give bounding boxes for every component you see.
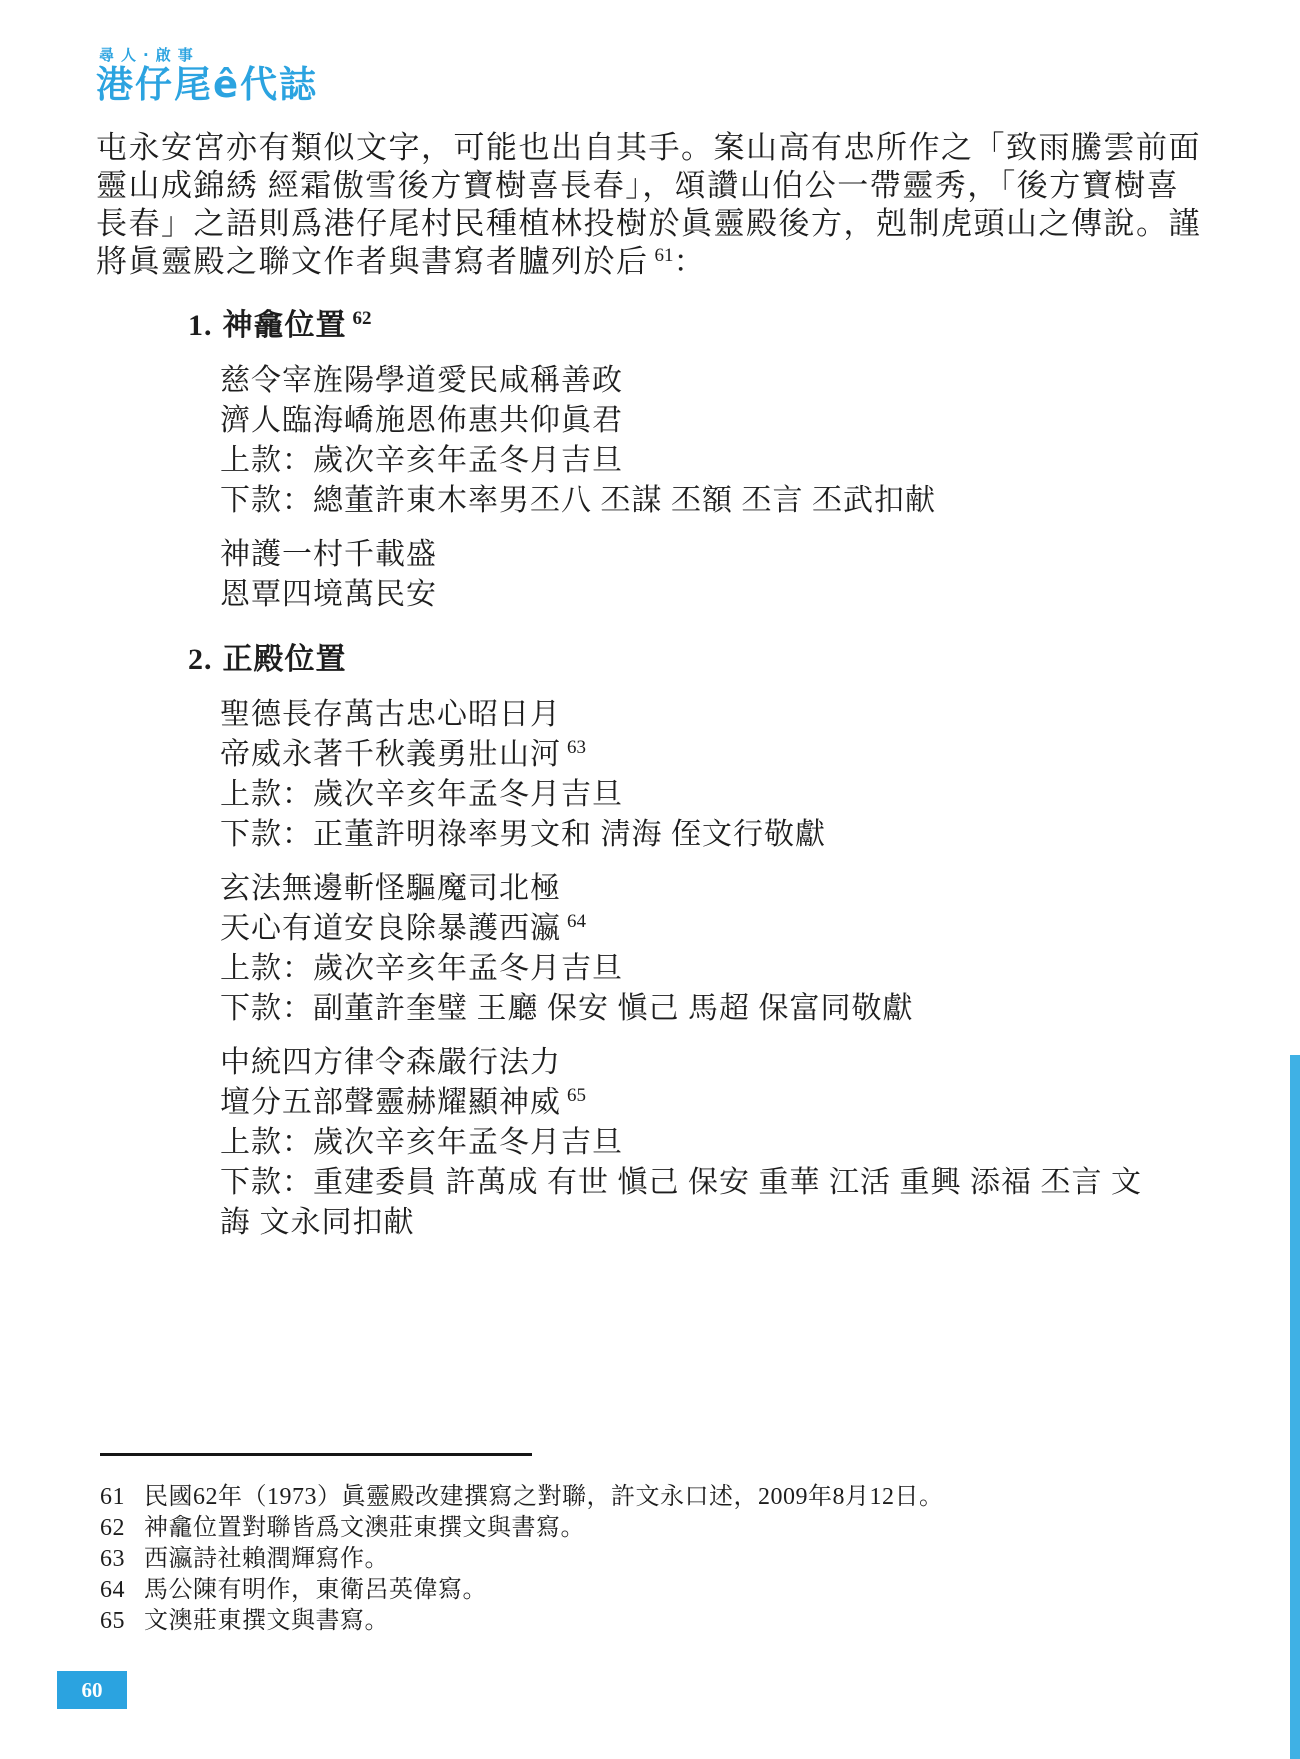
footnote-text: 民國62年（1973）眞靈殿改建撰寫之對聯，許文永口述，2009年8月12日。 — [144, 1484, 944, 1510]
couplet-line: 神護一村千載盛 — [220, 535, 1205, 575]
paragraph-line: 將眞靈殿之聯文作者與書寫者臚列於后61： — [96, 243, 1205, 281]
footnote: 65文澳莊東撰文與書寫。 — [100, 1606, 1205, 1637]
paragraph-line: 長春」之語則爲港仔尾村民種植林投樹於眞靈殿後方，剋制虎頭山之傳說。謹 — [96, 205, 1205, 243]
footnote-ref-64: 64 — [567, 911, 586, 932]
couplet-line: 下款：副董許奎璧 王廳 保安 愼己 馬超 保富同敬獻 — [220, 989, 1205, 1029]
couplet-line: 上款：歲次辛亥年孟冬月吉旦 — [220, 949, 1205, 989]
couplet-line: 壇分五部聲靈赫耀顯神威65 — [220, 1083, 1205, 1123]
footnotes: 61民國62年（1973）眞靈殿改建撰寫之對聯，許文永口述，2009年8月12日… — [100, 1453, 1205, 1637]
couplet-line: 下款：重建委員 許萬成 有世 愼己 保安 重華 江活 重興 添福 丕言 文 — [220, 1163, 1205, 1203]
couplet-group: 中統四方律令森嚴行法力 壇分五部聲靈赫耀顯神威65 上款：歲次辛亥年孟冬月吉旦 … — [220, 1043, 1205, 1243]
logo-tagline: 尋人·啟事 — [99, 48, 1205, 63]
couplet-line: 中統四方律令森嚴行法力 — [220, 1043, 1205, 1083]
section-title: 神龕位置 — [223, 309, 347, 342]
couplet-group: 玄法無邊斬怪驅魔司北極 天心有道安良除暴護西瀛64 上款：歲次辛亥年孟冬月吉旦 … — [220, 869, 1205, 1029]
couplet-group: 神護一村千載盛 恩覃四境萬民安 — [220, 535, 1205, 615]
book-logo: 尋人·啟事 港仔尾ê代誌 — [96, 48, 1205, 103]
couplet-line: 上款：歲次辛亥年孟冬月吉旦 — [220, 441, 1205, 481]
couplet-line: 玄法無邊斬怪驅魔司北極 — [220, 869, 1205, 909]
footnote-list: 61民國62年（1973）眞靈殿改建撰寫之對聯，許文永口述，2009年8月12日… — [100, 1482, 1205, 1637]
section-heading-1: 1.神龕位置62 — [188, 307, 1205, 345]
footnote-separator — [100, 1453, 532, 1456]
paragraph-line: 屯永安宮亦有類似文字，可能也出自其手。案山高有忠所作之「致雨騰雲前面 — [96, 129, 1205, 167]
couplet-group: 聖德長存萬古忠心昭日月 帝威永著千秋義勇壯山河63 上款：歲次辛亥年孟冬月吉旦 … — [220, 695, 1205, 855]
section-number: 2. — [188, 643, 213, 676]
footnote: 61民國62年（1973）眞靈殿改建撰寫之對聯，許文永口述，2009年8月12日… — [100, 1482, 1205, 1513]
book-page: 尋人·啟事 港仔尾ê代誌 屯永安宮亦有類似文字，可能也出自其手。案山高有忠所作之… — [0, 0, 1300, 1759]
section-number: 1. — [188, 309, 213, 342]
page-edge-color-bar — [1290, 1055, 1300, 1759]
footnote-text: 馬公陳有明作，東衛呂英偉寫。 — [144, 1577, 487, 1603]
couplet-line: 聖德長存萬古忠心昭日月 — [220, 695, 1205, 735]
footnote-number: 62 — [100, 1513, 144, 1544]
page-content: 尋人·啟事 港仔尾ê代誌 屯永安宮亦有類似文字，可能也出自其手。案山高有忠所作之… — [0, 0, 1300, 1637]
couplet-line: 上款：歲次辛亥年孟冬月吉旦 — [220, 775, 1205, 815]
couplet-line: 誨 文永同扣献 — [220, 1203, 1205, 1243]
footnote-ref-63: 63 — [567, 737, 586, 758]
footnote-text: 神龕位置對聯皆爲文澳莊東撰文與書寫。 — [144, 1515, 585, 1541]
footnote-ref-65: 65 — [567, 1085, 586, 1106]
paragraph-line: 靈山成錦綉 經霜傲雪後方寶樹喜長春」，頌讚山伯公一帶靈秀，「後方寶樹喜 — [96, 167, 1205, 205]
footnote-number: 64 — [100, 1575, 144, 1606]
couplet-group: 慈令宰旌陽學道愛民咸稱善政 濟人臨海嶠施恩佈惠共仰眞君 上款：歲次辛亥年孟冬月吉… — [220, 361, 1205, 521]
footnote-number: 65 — [100, 1606, 144, 1637]
footnote-ref-62: 62 — [353, 308, 372, 329]
footnote: 63西瀛詩社賴潤輝寫作。 — [100, 1544, 1205, 1575]
footnote-number: 61 — [100, 1482, 144, 1513]
page-number-badge: 60 — [57, 1671, 127, 1709]
couplet-line: 濟人臨海嶠施恩佈惠共仰眞君 — [220, 401, 1205, 441]
footnote-number: 63 — [100, 1544, 144, 1575]
couplet-line: 天心有道安良除暴護西瀛64 — [220, 909, 1205, 949]
logo-title: 港仔尾ê代誌 — [96, 66, 1205, 103]
footnote: 62神龕位置對聯皆爲文澳莊東撰文與書寫。 — [100, 1513, 1205, 1544]
couplet-line: 下款：正董許明祿率男文和 淸海 侄文行敬獻 — [220, 815, 1205, 855]
couplet-line: 下款：總董許東木率男丕八 丕謀 丕額 丕言 丕武扣献 — [220, 481, 1205, 521]
couplet-line: 慈令宰旌陽學道愛民咸稱善政 — [220, 361, 1205, 401]
couplet-line: 恩覃四境萬民安 — [220, 575, 1205, 615]
footnote-ref-61: 61 — [655, 245, 674, 266]
couplet-line: 上款：歲次辛亥年孟冬月吉旦 — [220, 1123, 1205, 1163]
footnote-text: 文澳莊東撰文與書寫。 — [144, 1608, 389, 1634]
couplet-line: 帝威永著千秋義勇壯山河63 — [220, 735, 1205, 775]
footnote-text: 西瀛詩社賴潤輝寫作。 — [144, 1546, 389, 1572]
section-heading-2: 2.正殿位置 — [188, 641, 1205, 679]
paragraph-text: 將眞靈殿之聯文作者與書寫者臚列於后 — [96, 244, 649, 279]
footnote: 64馬公陳有明作，東衛呂英偉寫。 — [100, 1575, 1205, 1606]
intro-paragraph: 屯永安宮亦有類似文字，可能也出自其手。案山高有忠所作之「致雨騰雲前面 靈山成錦綉… — [96, 129, 1205, 281]
section-title: 正殿位置 — [223, 643, 347, 676]
paragraph-text: ： — [674, 244, 707, 279]
